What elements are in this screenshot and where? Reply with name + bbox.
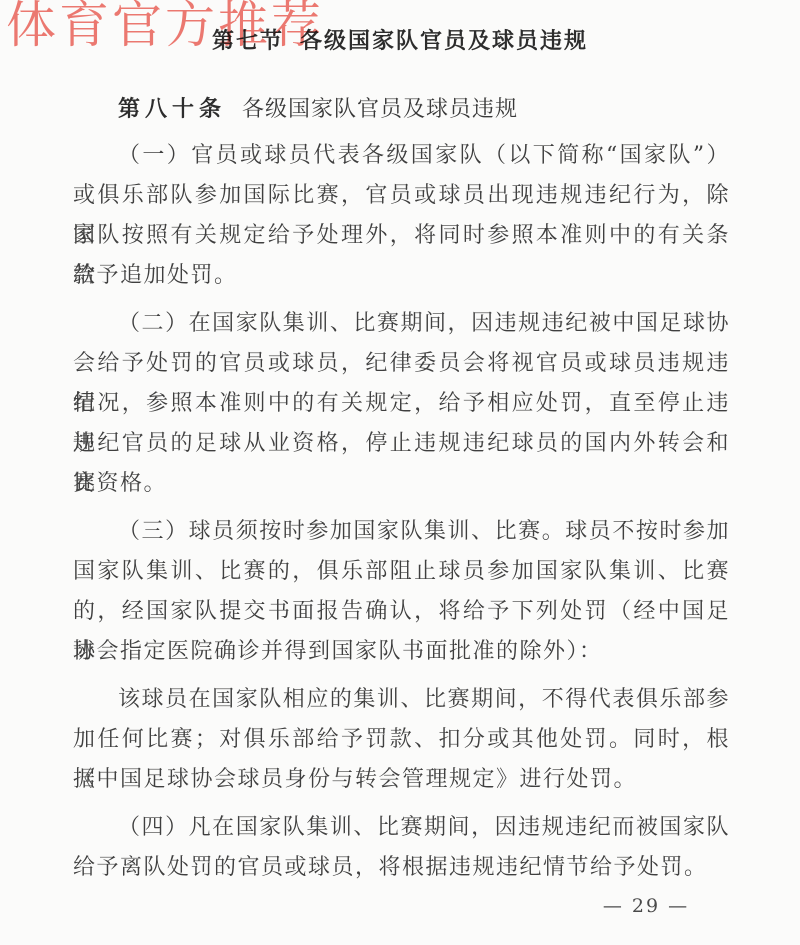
body-line: 该球员在国家队相应的集训、比赛期间，不得代表俱乐部参 xyxy=(73,680,730,720)
page-number: — 29 — xyxy=(598,895,694,917)
body-line: 赛资格。 xyxy=(73,464,730,504)
article-title: 各级国家队官员及球员违规 xyxy=(242,97,518,122)
body-line: （二）在国家队集训、比赛期间，因违规违纪被中国足球协 xyxy=(73,304,730,344)
paragraph: （四）凡在国家队集训、比赛期间，因违规违纪而被国家队给予离队处罚的官员或球员，将… xyxy=(73,808,730,888)
article-number: 第八十条 xyxy=(118,96,226,122)
body-line: 协会指定医院确诊并得到国家队书面批准的除外）： xyxy=(73,632,730,672)
paragraph: （二）在国家队集训、比赛期间，因违规违纪被中国足球协会给予处罚的官员或球员，纪律… xyxy=(73,304,730,504)
body-line: 或俱乐部队参加国际比赛，官员或球员出现违规违纪行为，除国 xyxy=(73,176,730,216)
section-title: 各级国家队官员及球员违规 xyxy=(300,28,588,54)
body-line: 家队按照有关规定给予处理外，将同时参照本准则中的有关条款 xyxy=(73,216,730,256)
body-line: 国家队集训、比赛的，俱乐部阻止球员参加国家队集训、比赛 xyxy=(73,552,730,592)
body-line: 《中国足球协会球员身份与转会管理规定》进行处罚。 xyxy=(73,760,730,800)
body-line: 加任何比赛；对俱乐部给予罚款、扣分或其他处罚。同时，根据 xyxy=(73,720,730,760)
document-page: 体育官方推荐 第七节各级国家队官员及球员违规 第八十条各级国家队官员及球员违规 … xyxy=(0,0,800,945)
paragraph: 该球员在国家队相应的集训、比赛期间，不得代表俱乐部参加任何比赛；对俱乐部给予罚款… xyxy=(73,680,730,800)
body-line: 情况，参照本准则中的有关规定，给予相应处罚，直至停止违规 xyxy=(73,384,730,424)
body-line: 的，经国家队提交书面报告确认，将给予下列处罚（经中国足球 xyxy=(73,592,730,632)
body-line: 给予追加处罚。 xyxy=(73,256,730,296)
article-heading: 第八十条各级国家队官员及球员违规 xyxy=(118,92,518,123)
paragraph: （三）球员须按时参加国家队集训、比赛。球员不按时参加国家队集训、比赛的，俱乐部阻… xyxy=(73,512,730,672)
body-line: 给予离队处罚的官员或球员，将根据违规违纪情节给予处罚。 xyxy=(73,848,730,888)
red-watermark: 体育官方推荐 xyxy=(6,0,324,56)
body-text: （一）官员或球员代表各级国家队（以下简称“国家队”）或俱乐部队参加国际比赛，官员… xyxy=(73,136,730,888)
body-line: 会给予处罚的官员或球员，纪律委员会将视官员或球员违规违纪 xyxy=(73,344,730,384)
body-line: （四）凡在国家队集训、比赛期间，因违规违纪而被国家队 xyxy=(73,808,730,848)
paragraph: （一）官员或球员代表各级国家队（以下简称“国家队”）或俱乐部队参加国际比赛，官员… xyxy=(73,136,730,296)
body-line: （一）官员或球员代表各级国家队（以下简称“国家队”） xyxy=(73,136,730,176)
body-line: 违纪官员的足球从业资格，停止违规违纪球员的国内外转会和比 xyxy=(73,424,730,464)
body-line: （三）球员须按时参加国家队集训、比赛。球员不按时参加 xyxy=(73,512,730,552)
